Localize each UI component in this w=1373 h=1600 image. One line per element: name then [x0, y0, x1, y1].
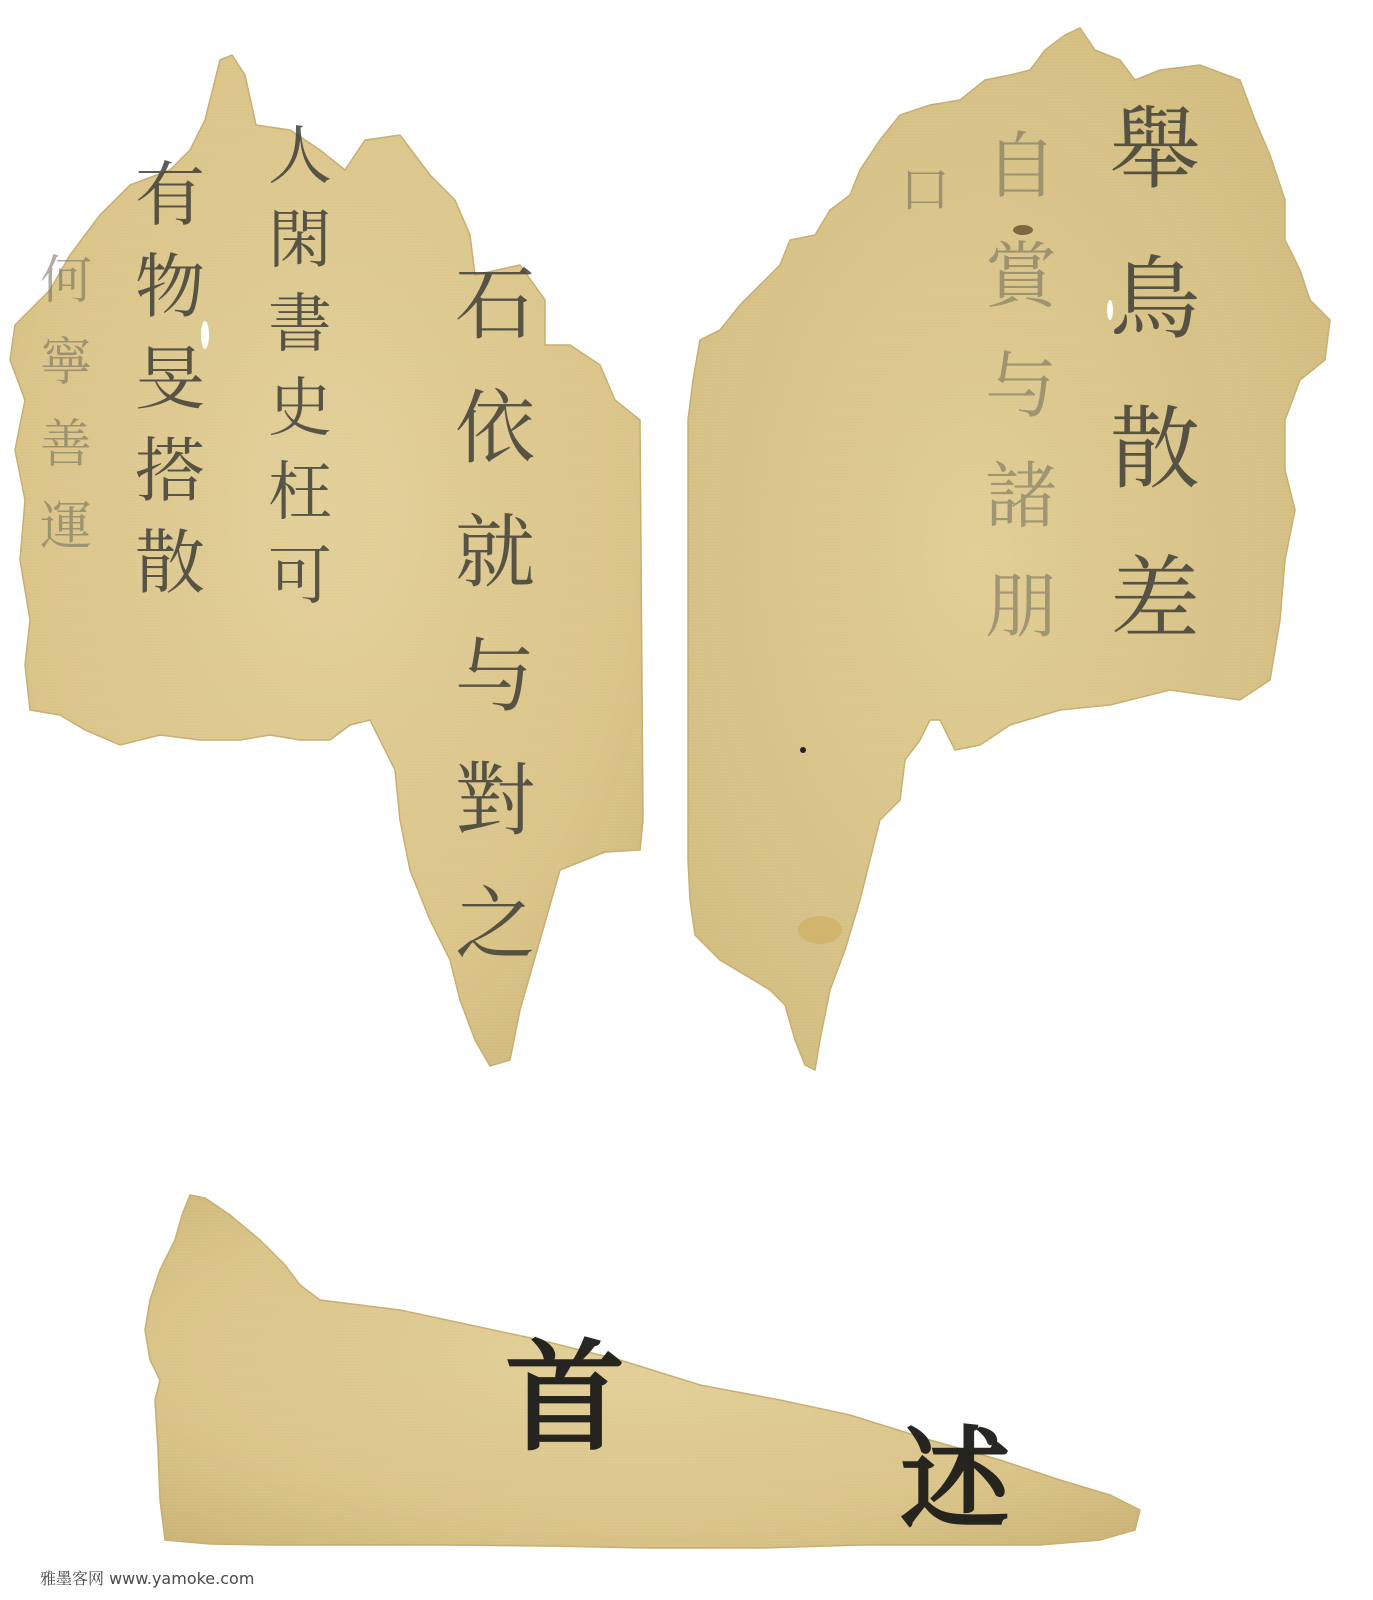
text-column-tl-4: 石 依 就 与 對 之 [455, 265, 535, 965]
text-column-tl-3: 人 閑 書 史 枉 可 [268, 125, 332, 609]
text-column-tr-2: 自 賞 与 諸 朋 [985, 130, 1057, 642]
watermark: 雅墨客网 www.yamoke.com [40, 1566, 254, 1589]
text-char-bottom-2: 述 [900, 1425, 1010, 1535]
text-char-bottom-1: 首 [505, 1338, 625, 1458]
text-column-tr-1: 口 [900, 165, 950, 215]
text-column-tl-1: 何 寧 善 運 [40, 255, 92, 553]
text-column-tr-3: 舉 鳥 散 差 [1110, 105, 1200, 645]
text-column-tl-2: 有 物 旻 搭 散 [135, 160, 205, 598]
